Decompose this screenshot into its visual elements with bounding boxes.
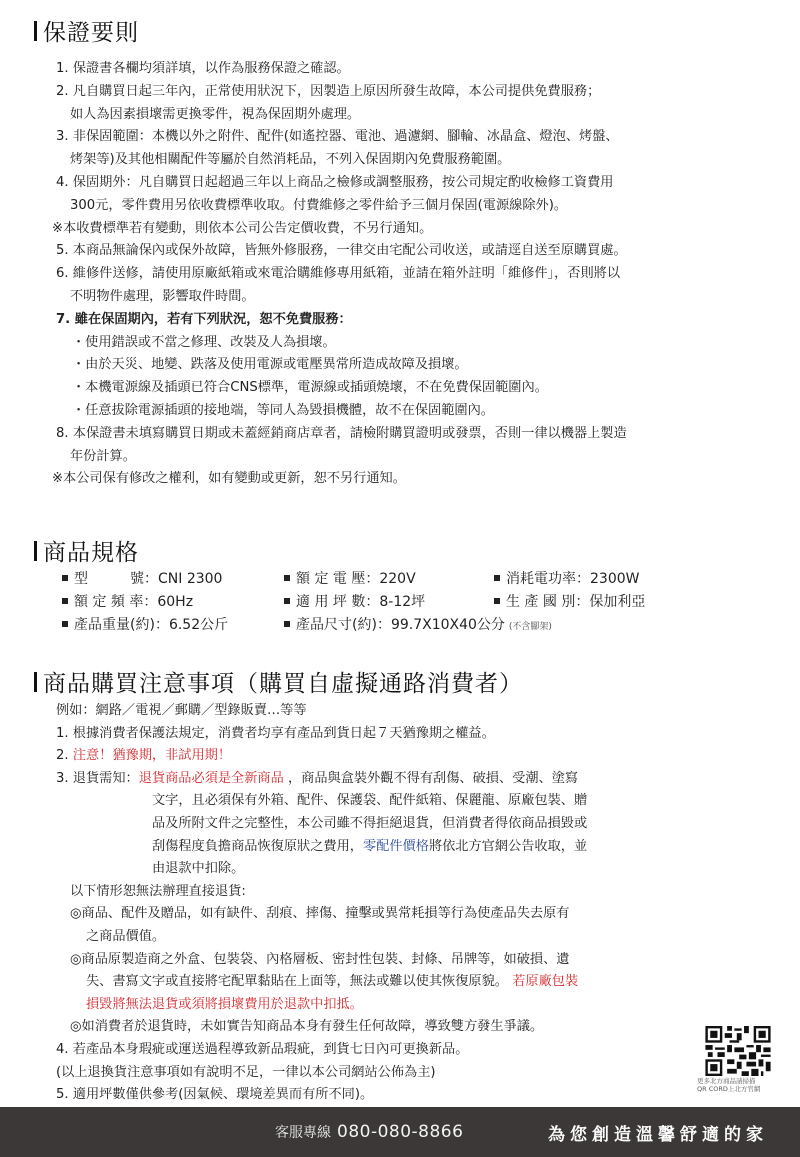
warranty-title: 保證要則: [43, 14, 139, 47]
warranty-line: 烤架等)及其他相關配件等屬於自然消耗品，不列入保固期內免費服務範圍。: [56, 149, 627, 172]
purchase-item-3-line: 文字，且必須保有外箱、配件、保護袋、配件紙箱、保麗龍、原廠包裝、贈: [56, 790, 587, 813]
purchase-title: 商品購買注意事項（購買自虛擬通路消費者）: [43, 665, 523, 698]
warning-text: 退貨商品必須是全新商品: [139, 771, 284, 786]
warranty-line: 不明物件處理，影響取件時間。: [56, 286, 627, 309]
warranty-line: 6. 維修件送修，請使用原廠紙箱或來電洽購維修專用紙箱，並請在箱外註明「維修件」…: [56, 263, 627, 286]
exclusion-bullet: ・本機電源線及插頭已符合CNS標準，電源線或插頭燒壞，不在免費保固範圍內。: [56, 377, 627, 400]
purchase-item-3-line: 品及所附文件之完整性，本公司雖不得拒絕退貨，但消費者得依商品損毀或: [56, 813, 587, 836]
warranty-line: 如人為因素損壞需更換零件，視為保固期外處理。: [56, 104, 627, 127]
specs-title: 商品規格: [43, 534, 139, 567]
spec-power: 消耗電功率：2300W: [494, 568, 639, 591]
exclusion-bullet: ・任意拔除電源插頭的接地端，等同人為毀損機體，故不在保固範圍內。: [56, 400, 627, 423]
customer-hotline: 客服專線080-080-8866: [275, 1122, 463, 1142]
hotline-number[interactable]: 080-080-8866: [337, 1122, 463, 1142]
spec-note: (不含腳架): [509, 622, 552, 632]
purchase-item-1: 1. 根據消費者保護法規定，消費者均享有產品到貨日起７天猶豫期之權益。: [56, 723, 587, 746]
brand-slogan: 為您創造溫馨舒適的家: [548, 1120, 768, 1145]
section-title-warranty: 保證要則: [34, 14, 139, 47]
square-bullet-icon: [62, 621, 68, 627]
warranty-line: 5. 本商品無論保內或保外故障，皆無外修服務，一律交由宅配公司收送，或請逕自送至…: [56, 240, 627, 263]
square-bullet-icon: [62, 598, 68, 604]
square-bullet-icon: [62, 575, 68, 581]
warranty-note: ※本收費標準若有變動，則依本公司公告定價收費，不另行通知。: [52, 218, 627, 241]
purchase-example: 例如：網路／電視／郵購／型錄販賣…等等: [56, 700, 587, 723]
parts-price-link[interactable]: 零配件價格: [363, 839, 429, 854]
purchase-item-4: 4. 若產品本身瑕疵或運送過程導致新品瑕疵，到貨七日內可更換新品。: [56, 1039, 587, 1062]
purchase-item-3-line: 由退款中扣除。: [56, 858, 587, 881]
heading-bar: [34, 672, 37, 692]
warranty-line: 4. 保固期外：凡自購買日起超過三年以上商品之檢修或調整服務，按公司規定酌收檢修…: [56, 172, 627, 195]
spec-weight: 產品重量(約)：6.52公斤: [62, 614, 228, 637]
cannot-return-item: ◎如消費者於退貨時，未如實告知商品本身有發生任何故障，導致雙方發生爭議。: [56, 1016, 587, 1039]
hotline-label: 客服專線: [275, 1125, 331, 1141]
square-bullet-icon: [494, 598, 500, 604]
heading-bar: [34, 541, 37, 561]
warning-text: 若原廠包裝: [512, 974, 578, 989]
spec-voltage: 額 定 電 壓：220V: [284, 568, 416, 591]
purchase-notes: 例如：網路／電視／郵購／型錄販賣…等等 1. 根據消費者保護法規定，消費者均享有…: [56, 700, 587, 1129]
cannot-return-item: ◎商品、配件及贈品，如有缺件、刮痕、摔傷、撞擊或異常耗損等行為使產品失去原有: [56, 903, 587, 926]
spec-dimensions: 產品尺寸(約)：99.7X10X40公分(不含腳架): [284, 614, 552, 639]
qr-caption: 更多北方商品請掃描 QR CORD上北方官網: [697, 1077, 792, 1093]
warning-text: 注意！猶豫期，非試用期！: [73, 748, 231, 763]
cannot-return-item: ◎商品原製造商之外盒、包裝袋、內格層板、密封性包裝、封條、吊牌等，如破損、遺: [56, 949, 587, 972]
warranty-line: 2. 凡自購買日起三年內，正常使用狀況下，因製造上原因所發生故障，本公司提供免費…: [56, 81, 627, 104]
purchase-item-3-line: 刮傷程度負擔商品恢復原狀之費用，零配件價格將依北方官網公告收取，並: [56, 836, 587, 859]
cannot-return-item-cont: 失、書寫文字或直接將宅配單黏貼在上面等，無法或難以使其恢復原貌。 若原廠包裝: [56, 971, 587, 994]
square-bullet-icon: [284, 575, 290, 581]
warranty-list: 1. 保證書各欄均須詳填，以作為服務保證之確認。 2. 凡自購買日起三年內，正常…: [56, 58, 627, 491]
warranty-note: ※本公司保有修改之權利，如有變動或更新，恕不另行通知。: [52, 468, 627, 491]
heading-bar: [34, 21, 37, 41]
purchase-item-3: 3. 退貨需知：退貨商品必須是全新商品 ，商品與盒裝外觀不得有刮傷、破損、受潮、…: [56, 768, 587, 791]
spec-model: 型 號：CNI 2300: [62, 568, 222, 591]
warranty-line-exclusions: 7. 雖在保固期內，若有下列狀況，恕不免費服務：: [56, 309, 627, 332]
square-bullet-icon: [284, 598, 290, 604]
warranty-line: 年份計算。: [56, 446, 627, 469]
purchase-item-5: 5. 適用坪數僅供參考(因氣候、環境差異而有所不同)。: [56, 1084, 587, 1107]
square-bullet-icon: [284, 621, 290, 627]
warranty-line: 1. 保證書各欄均須詳填，以作為服務保證之確認。: [56, 58, 627, 81]
section-title-purchase: 商品購買注意事項（購買自虛擬通路消費者）: [34, 665, 523, 698]
cannot-return-item-cont: 之商品價值。: [56, 926, 587, 949]
purchase-note: (以上退換貨注意事項如有說明不足，一律以本公司網站公佈為主): [56, 1062, 587, 1085]
footer-bar: 客服專線080-080-8866 為您創造溫馨舒適的家: [0, 1107, 800, 1157]
qr-code-icon[interactable]: [703, 1026, 773, 1076]
warranty-line: 8. 本保證書未填寫購買日期或未蓋經銷商店章者，請檢附購買證明或發票，否則一律以…: [56, 423, 627, 446]
warning-text: 損毀將無法退貨或須將損壞費用於退款中扣抵。: [56, 994, 587, 1017]
warranty-line: 3. 非保固範圍：本機以外之附件、配件(如遙控器、電池、過濾網、腳輪、冰晶盒、燈…: [56, 126, 627, 149]
exclusion-bullet: ・由於天災、地變、跌落及使用電源或電壓異常所造成故障及損壞。: [56, 354, 627, 377]
section-title-specs: 商品規格: [34, 534, 139, 567]
exclusion-bullet: ・使用錯誤或不當之修理、改裝及人為損壞。: [56, 332, 627, 355]
spec-frequency: 額 定 頻 率：60Hz: [62, 591, 193, 614]
square-bullet-icon: [494, 575, 500, 581]
spec-origin: 生 產 國 別：保加利亞: [494, 591, 645, 614]
spec-area: 適 用 坪 數：8-12坪: [284, 591, 425, 614]
warranty-line: 300元，零件費用另依收費標準收取。付費維修之零件給予三個月保固(電源線除外)。: [56, 195, 627, 218]
cannot-return-title: 以下情形恕無法辦理直接退貨:: [56, 881, 587, 904]
purchase-item-2: 2. 注意！猶豫期，非試用期！: [56, 745, 587, 768]
